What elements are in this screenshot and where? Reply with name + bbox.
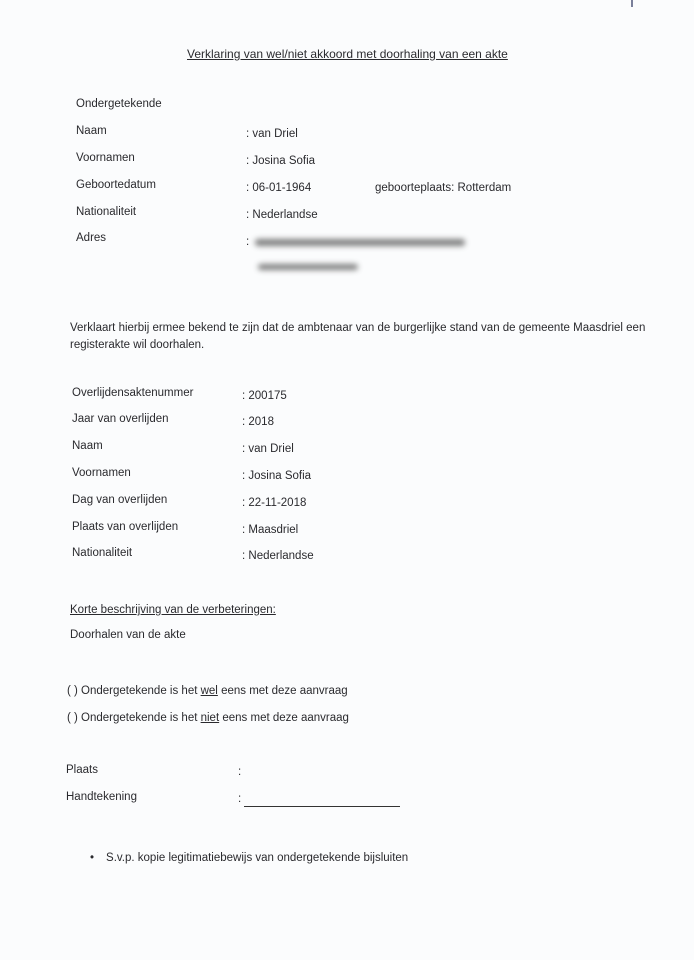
geboorteplaats: geboorteplaats: Rotterdam (375, 182, 511, 194)
document-title: Verklaring van wel/niet akkoord met door… (187, 47, 508, 61)
note-text: S.v.p. kopie legitimatiebewijs van onder… (106, 852, 408, 864)
akte-label-nationaliteit: Nationaliteit (72, 547, 132, 559)
akte-value-nationaliteit: : Nederlandse (242, 550, 314, 562)
akte-value-naam: : van Driel (242, 443, 294, 455)
option-niet-prefix: ( ) Ondergetekende is het (67, 712, 201, 724)
plaats-label: Plaats (66, 764, 98, 776)
note-item: •S.v.p. kopie legitimatiebewijs van onde… (90, 852, 408, 864)
akte-label-aktenummer: Overlijdensaktenummer (72, 387, 193, 399)
option-wel-emph: wel (201, 685, 218, 697)
field-label-voornamen: Voornamen (76, 152, 135, 164)
field-value-naam: : van Driel (246, 128, 298, 140)
field-value-geboortedatum: : 06-01-1964 (246, 182, 311, 194)
redacted-address-line-2 (258, 264, 358, 270)
verbeteringen-text: Doorhalen van de akte (70, 629, 186, 641)
akte-label-voornamen: Voornamen (72, 467, 131, 479)
field-label-adres: Adres (76, 232, 106, 244)
option-wel-suffix: eens met deze aanvraag (218, 685, 348, 697)
option-niet-emph: niet (201, 712, 220, 724)
akte-value-dag: : 22-11-2018 (242, 497, 306, 509)
field-value-adres: : (246, 236, 249, 248)
geboorteplaats-label: geboorteplaats: (375, 182, 454, 194)
akte-label-naam: Naam (72, 440, 103, 452)
option-wel[interactable]: ( ) Ondergetekende is het wel eens met d… (67, 685, 348, 697)
field-value-nationaliteit: : Nederlandse (246, 209, 318, 221)
akte-value-voornamen: : Josina Sofia (242, 470, 311, 482)
geboorteplaats-value: Rotterdam (458, 182, 512, 194)
option-niet[interactable]: ( ) Ondergetekende is het niet eens met … (67, 712, 349, 724)
statement-paragraph: Verklaart hierbij ermee bekend te zijn d… (70, 320, 670, 354)
option-wel-prefix: ( ) Ondergetekende is het (67, 685, 201, 697)
bullet-icon: • (90, 852, 94, 864)
akte-label-jaar: Jaar van overlijden (72, 413, 169, 425)
field-label-nationaliteit: Nationaliteit (76, 206, 136, 218)
plaats-value[interactable]: : (238, 766, 241, 778)
akte-label-plaats: Plaats van overlijden (72, 521, 178, 533)
verbeteringen-heading: Korte beschrijving van de verbeteringen: (70, 604, 276, 616)
handtekening-label: Handtekening (66, 791, 137, 803)
akte-value-plaats: : Maasdriel (242, 524, 298, 536)
option-niet-suffix: eens met deze aanvraag (219, 712, 349, 724)
akte-value-aktenummer: : 200175 (242, 390, 287, 402)
handtekening-value: : (238, 793, 241, 805)
field-label-naam: Naam (76, 125, 107, 137)
section-heading-ondergetekende: Ondergetekende (76, 98, 162, 110)
signature-line[interactable] (244, 806, 400, 807)
redacted-address-line-1 (255, 239, 465, 246)
akte-value-jaar: : 2018 (242, 416, 274, 428)
field-value-voornamen: : Josina Sofia (246, 155, 315, 167)
scan-mark (631, 0, 633, 7)
field-label-geboortedatum: Geboortedatum (76, 179, 156, 191)
akte-label-dag: Dag van overlijden (72, 494, 167, 506)
